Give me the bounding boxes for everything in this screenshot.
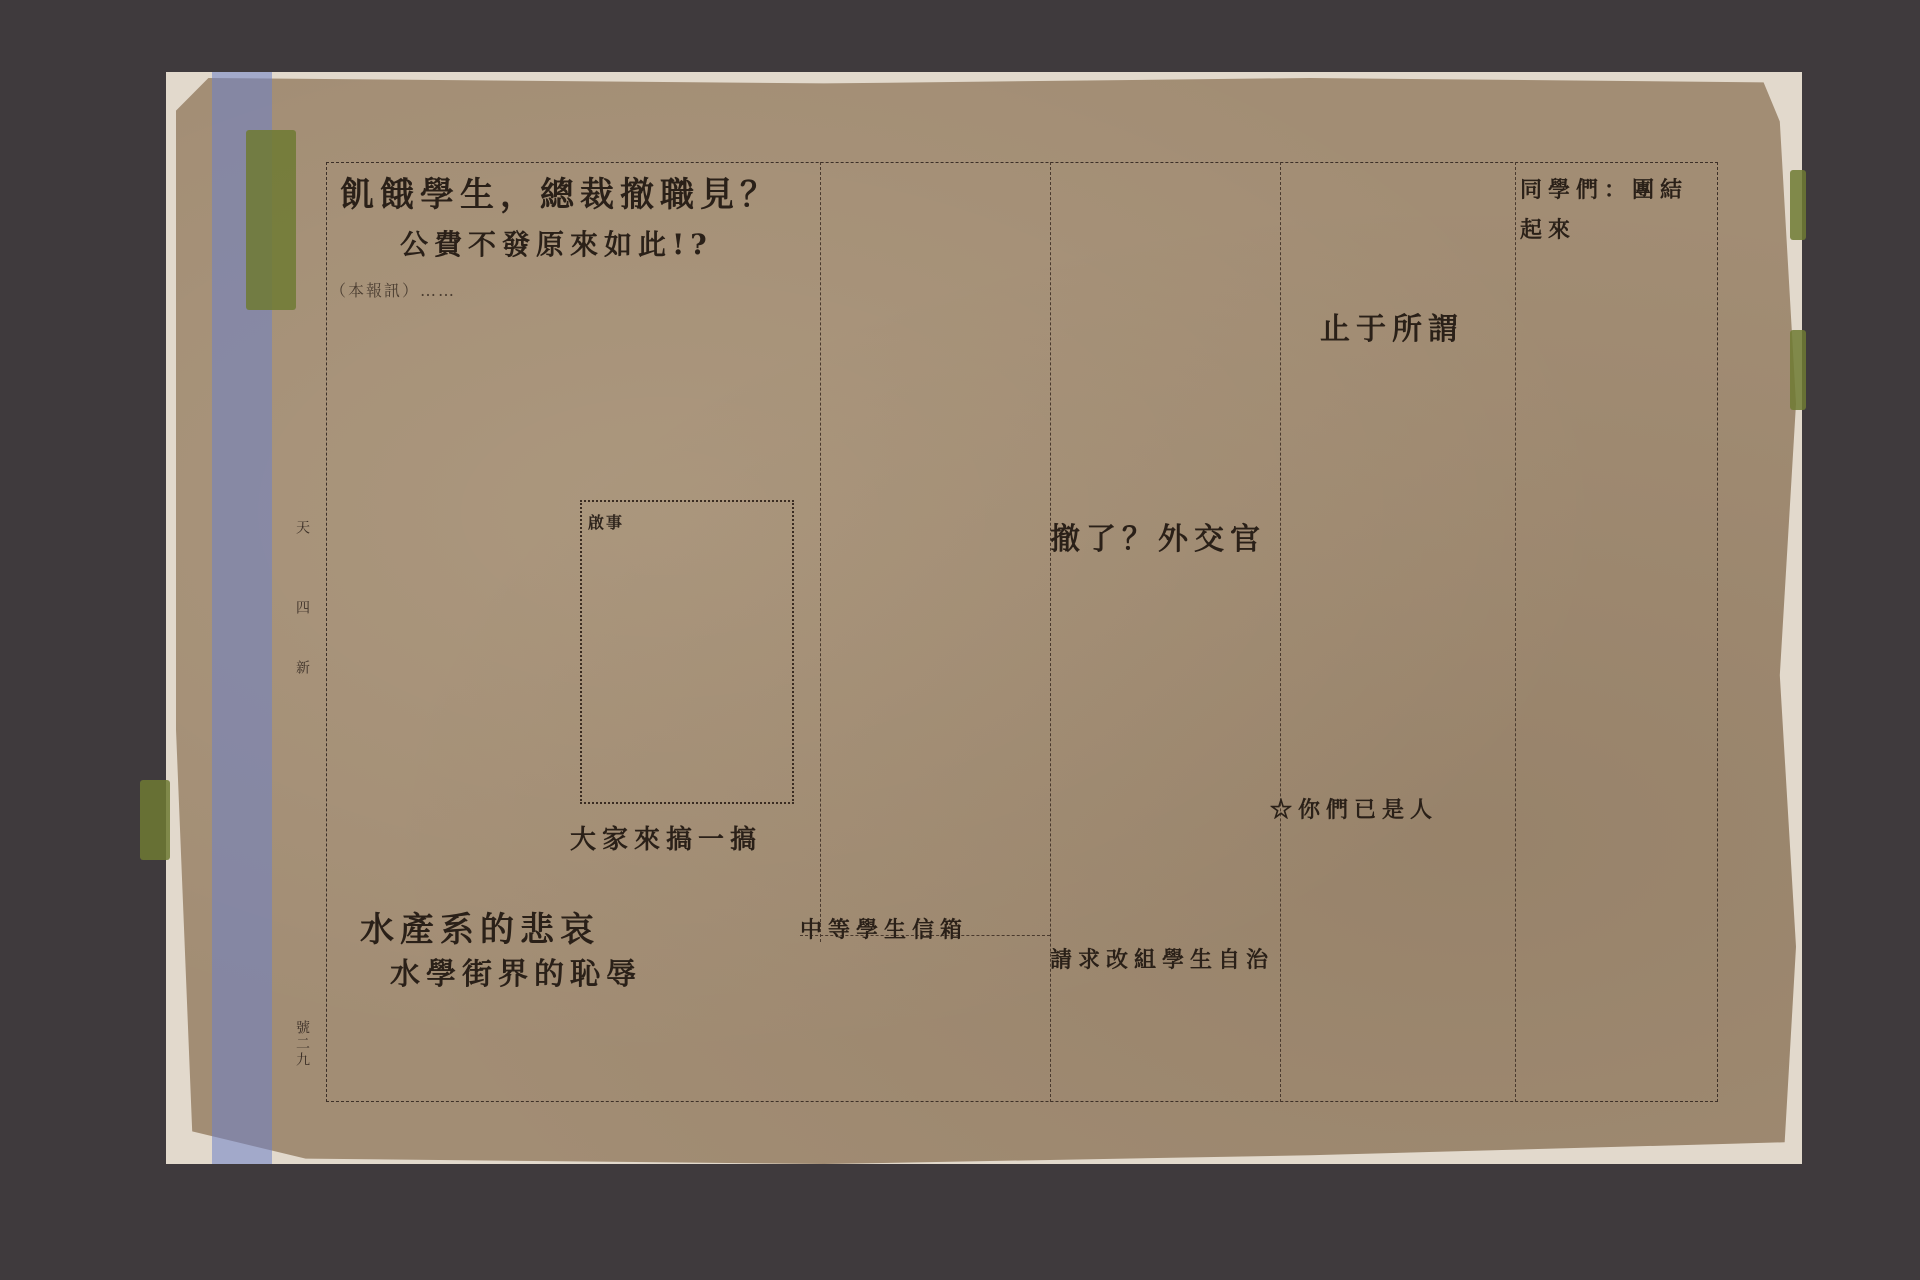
green-tape-patch xyxy=(1790,330,1806,410)
margin-note: 新 xyxy=(292,660,312,694)
margin-note: 號二九 xyxy=(292,1020,312,1068)
article-headline: ☆你們已是人 xyxy=(1270,790,1490,830)
column-divider xyxy=(1280,162,1281,1102)
article-headline: 中等學生信箱 xyxy=(800,910,1040,950)
article-headline: 同學們：團結起來 xyxy=(1520,170,1710,250)
green-tape-patch xyxy=(1790,170,1806,240)
article-headline: 水產系的悲哀 xyxy=(360,910,680,960)
article-subheadline: 水學街界的恥辱 xyxy=(390,955,690,1005)
article-headline: 大家來搞一搞 xyxy=(570,820,820,870)
margin-note: 四 xyxy=(292,600,312,634)
notice-title: 啟事 xyxy=(588,512,778,782)
column-divider xyxy=(1515,162,1516,1102)
green-tape-patch xyxy=(246,130,296,310)
article-headline: 撤了？外交官 xyxy=(1050,520,1280,570)
margin-note: 天 xyxy=(292,520,312,554)
column-divider xyxy=(820,162,821,942)
green-tape-patch xyxy=(140,780,170,860)
article-headline: 止于所謂 xyxy=(1320,310,1500,360)
notice-box: 啟事 xyxy=(580,500,794,804)
article-subheadline: 公費不發原來如此!? xyxy=(400,225,780,285)
article-headline: 請求改組學生自治會 xyxy=(1050,940,1280,980)
article-body: （本報訊）…… xyxy=(330,280,810,500)
